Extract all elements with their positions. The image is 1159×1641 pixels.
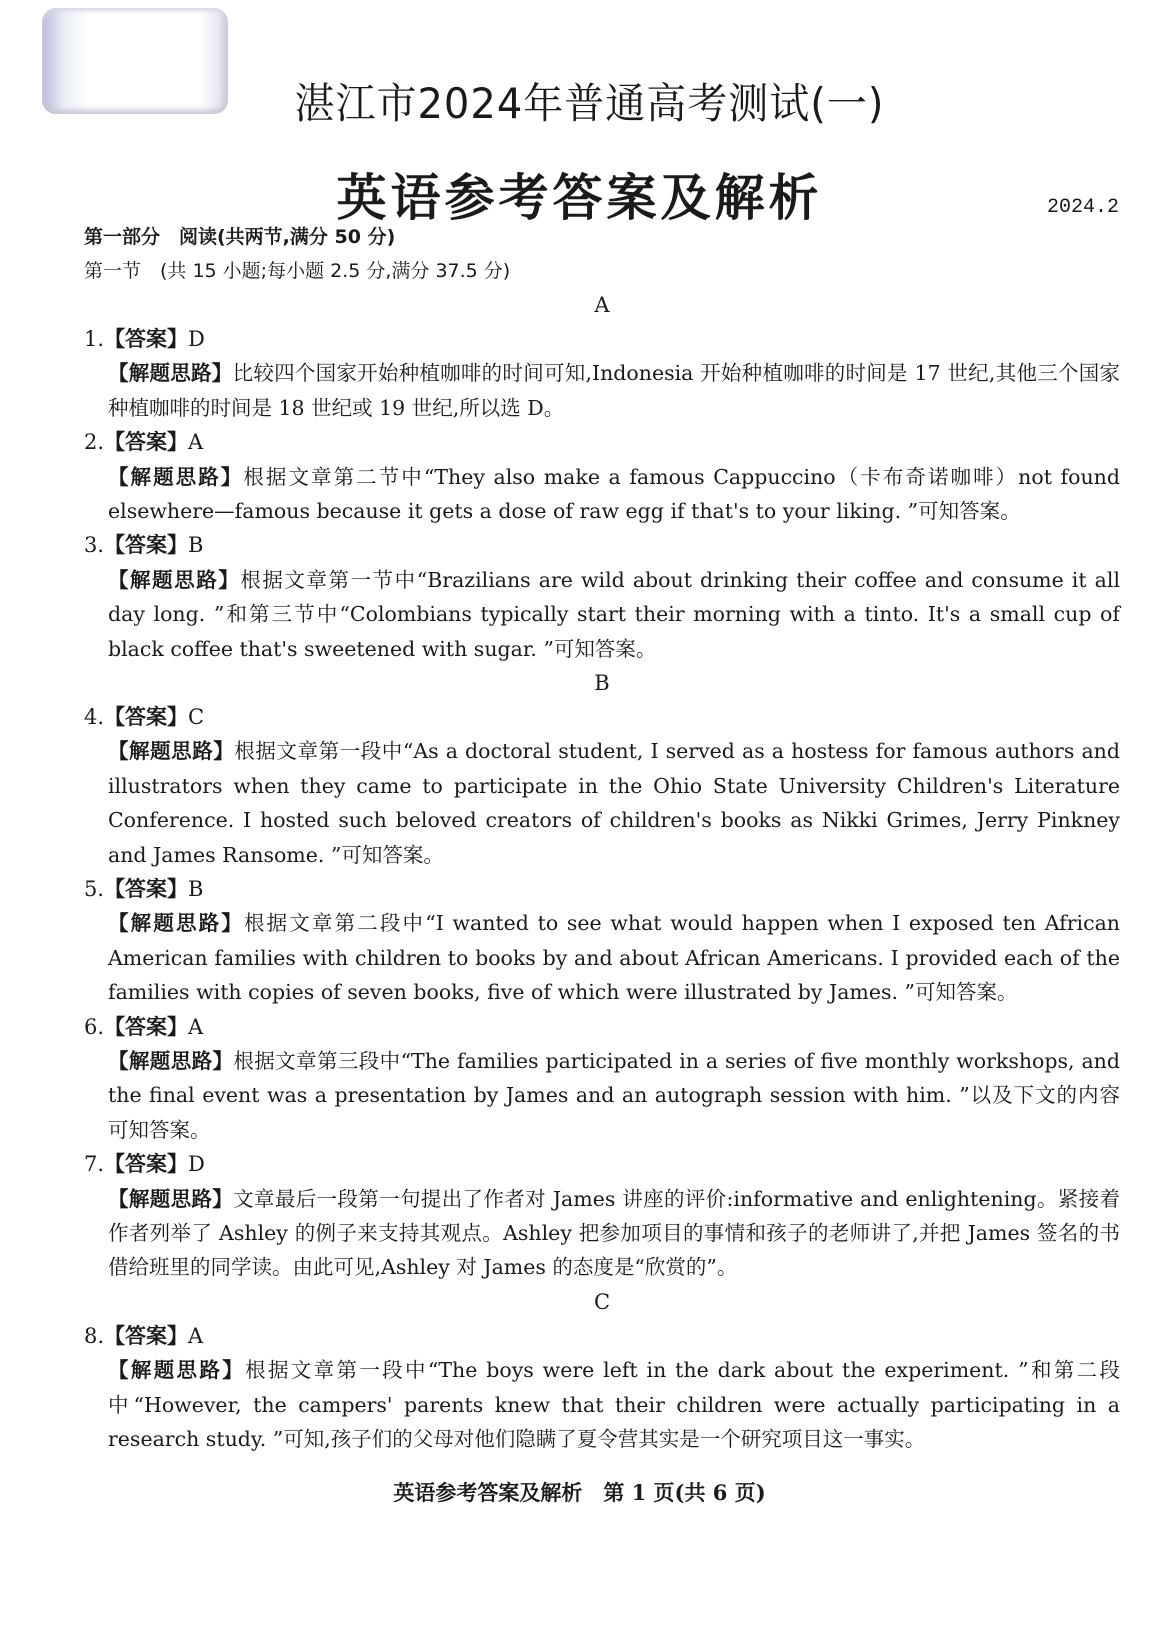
analysis-text: 根据文章第三段中“The families participated in a … bbox=[108, 1049, 1120, 1142]
question-analysis: 【解题思路】文章最后一段第一句提出了作者对 James 讲座的评价:inform… bbox=[84, 1182, 1120, 1285]
question-number: 7. bbox=[84, 1152, 104, 1176]
passage-label-a: A bbox=[84, 288, 1120, 322]
answer-value: A bbox=[188, 430, 203, 454]
answer-tag: 【答案】 bbox=[104, 1323, 188, 1348]
question-number: 2. bbox=[84, 430, 104, 454]
answer-value: A bbox=[188, 1324, 203, 1348]
question-answer: 4.【答案】C bbox=[84, 700, 1120, 734]
answer-value: D bbox=[188, 327, 205, 351]
analysis-text: 根据文章第一段中“As a doctoral student, I served… bbox=[108, 739, 1120, 866]
analysis-text: 根据文章第二段中“I wanted to see what would happ… bbox=[108, 911, 1120, 1004]
page-footer: 英语参考答案及解析 第 1 页(共 6 页) bbox=[0, 1477, 1159, 1507]
question-number: 3. bbox=[84, 533, 104, 557]
question-number: 1. bbox=[84, 327, 104, 351]
passage-label-b: B bbox=[84, 666, 1120, 700]
question-analysis: 【解题思路】根据文章第三段中“The families participated… bbox=[84, 1044, 1120, 1147]
answer-tag: 【答案】 bbox=[104, 326, 188, 351]
question-number: 8. bbox=[84, 1324, 104, 1348]
analysis-text: 根据文章第二节中“They also make a famous Cappucc… bbox=[108, 465, 1120, 523]
analysis-tag: 【解题思路】 bbox=[108, 1187, 233, 1211]
part-heading: 第一部分 阅读(共两节,满分 50 分) bbox=[84, 220, 1120, 254]
analysis-tag: 【解题思路】 bbox=[108, 465, 243, 489]
analysis-text: 比较四个国家开始种植咖啡的时间可知,Indonesia 开始种植咖啡的时间是 1… bbox=[108, 361, 1120, 419]
question-answer: 3.【答案】B bbox=[84, 528, 1120, 562]
answer-content: 第一部分 阅读(共两节,满分 50 分) 第一节 (共 15 小题;每小题 2.… bbox=[84, 220, 1120, 1456]
section-heading: 第一节 (共 15 小题;每小题 2.5 分,满分 37.5 分) bbox=[84, 254, 1120, 288]
document-date: 2024.2 bbox=[1047, 196, 1119, 219]
question-answer: 8.【答案】A bbox=[84, 1319, 1120, 1353]
analysis-tag: 【解题思路】 bbox=[108, 1049, 233, 1073]
answer-tag: 【答案】 bbox=[104, 876, 188, 901]
answer-tag: 【答案】 bbox=[104, 532, 188, 557]
answer-value: A bbox=[188, 1015, 203, 1039]
analysis-tag: 【解题思路】 bbox=[108, 568, 240, 592]
answer-tag: 【答案】 bbox=[104, 1151, 188, 1176]
question-analysis: 【解题思路】比较四个国家开始种植咖啡的时间可知,Indonesia 开始种植咖啡… bbox=[84, 356, 1120, 425]
question-analysis: 【解题思路】根据文章第二节中“They also make a famous C… bbox=[84, 460, 1120, 529]
answer-tag: 【答案】 bbox=[104, 1014, 188, 1039]
question-answer: 2.【答案】A bbox=[84, 425, 1120, 459]
analysis-tag: 【解题思路】 bbox=[108, 739, 234, 763]
question-number: 6. bbox=[84, 1015, 104, 1039]
question-number: 4. bbox=[84, 705, 104, 729]
passage-label-c: C bbox=[84, 1285, 1120, 1319]
answer-tag: 【答案】 bbox=[104, 429, 188, 454]
answer-value: B bbox=[188, 533, 203, 557]
question-analysis: 【解题思路】根据文章第一节中“Brazilians are wild about… bbox=[84, 563, 1120, 666]
answer-value: D bbox=[188, 1152, 205, 1176]
analysis-text: 根据文章第一段中“The boys were left in the dark … bbox=[108, 1358, 1120, 1451]
question-answer: 5.【答案】B bbox=[84, 872, 1120, 906]
question-analysis: 【解题思路】根据文章第一段中“The boys were left in the… bbox=[84, 1353, 1120, 1456]
question-analysis: 【解题思路】根据文章第一段中“As a doctoral student, I … bbox=[84, 734, 1120, 872]
answer-tag: 【答案】 bbox=[104, 704, 188, 729]
exam-title: 湛江市2024年普通高考测试(一) bbox=[0, 71, 1159, 131]
question-analysis: 【解题思路】根据文章第二段中“I wanted to see what woul… bbox=[84, 906, 1120, 1009]
question-answer: 6.【答案】A bbox=[84, 1010, 1120, 1044]
question-answer: 1.【答案】D bbox=[84, 322, 1120, 356]
analysis-text: 根据文章第一节中“Brazilians are wild about drink… bbox=[108, 568, 1120, 661]
answer-value: B bbox=[188, 877, 203, 901]
analysis-text: 文章最后一段第一句提出了作者对 James 讲座的评价:informative … bbox=[108, 1187, 1120, 1280]
analysis-tag: 【解题思路】 bbox=[108, 361, 233, 385]
analysis-tag: 【解题思路】 bbox=[108, 911, 244, 935]
question-answer: 7.【答案】D bbox=[84, 1147, 1120, 1181]
question-number: 5. bbox=[84, 877, 104, 901]
analysis-tag: 【解题思路】 bbox=[108, 1358, 245, 1382]
answer-value: C bbox=[188, 705, 204, 729]
